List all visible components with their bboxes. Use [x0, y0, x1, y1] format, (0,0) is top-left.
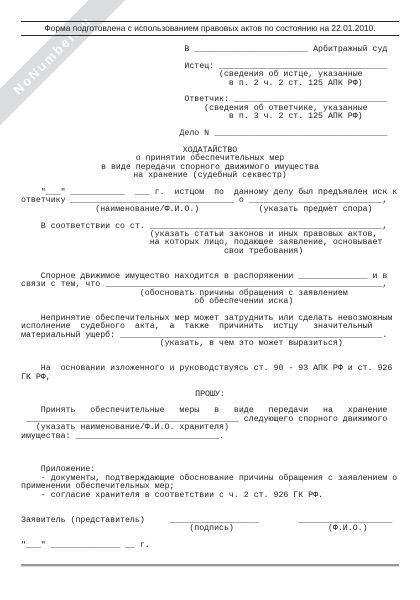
doc-line: Дело N _________________________________… [21, 130, 399, 138]
doc-line [21, 441, 399, 449]
doc-line: (наименование/Ф.И.О.) (указать предмет с… [21, 206, 399, 214]
doc-line: в п. 3 ч. 2 ст. 125 АПК РФ) [21, 113, 399, 121]
doc-line: - согласие хранителя в соответствии с ч.… [21, 492, 399, 500]
document-page: NoNumber.ru Форма подготовлена с использ… [0, 0, 420, 600]
doc-line: имущества: _____________________________… [21, 433, 399, 441]
doc-line: об обеспечении иска) [21, 298, 399, 306]
doc-line [21, 500, 399, 508]
form-header: Форма подготовлена с использованием прав… [21, 21, 399, 36]
doc-line: На основании изложенного и руководствуяс… [21, 365, 399, 373]
form-header-text: Форма подготовлена с использованием прав… [44, 23, 375, 33]
doc-line: свои требования) [21, 248, 399, 256]
doc-line [21, 450, 399, 458]
doc-line [21, 256, 399, 264]
bottom-divider [21, 564, 399, 567]
doc-line: ПРОШУ: [21, 391, 399, 399]
document-body: В _______________________ Арбитражный су… [21, 46, 399, 550]
doc-line: "___" ______________ __ г. [21, 542, 399, 550]
doc-line [21, 349, 399, 357]
doc-line: В _______________________ Арбитражный су… [21, 46, 399, 54]
doc-line: в п. 2 ч. 2 ст. 125 АПК РФ) [21, 80, 399, 88]
doc-line: на хранение (судебный секвестр) [21, 172, 399, 180]
doc-line: (подпись) (Ф.И.О.) [21, 525, 399, 533]
doc-line: ГК РФ, [21, 374, 399, 382]
doc-line: (указать, в чем это может выразиться) [21, 340, 399, 348]
